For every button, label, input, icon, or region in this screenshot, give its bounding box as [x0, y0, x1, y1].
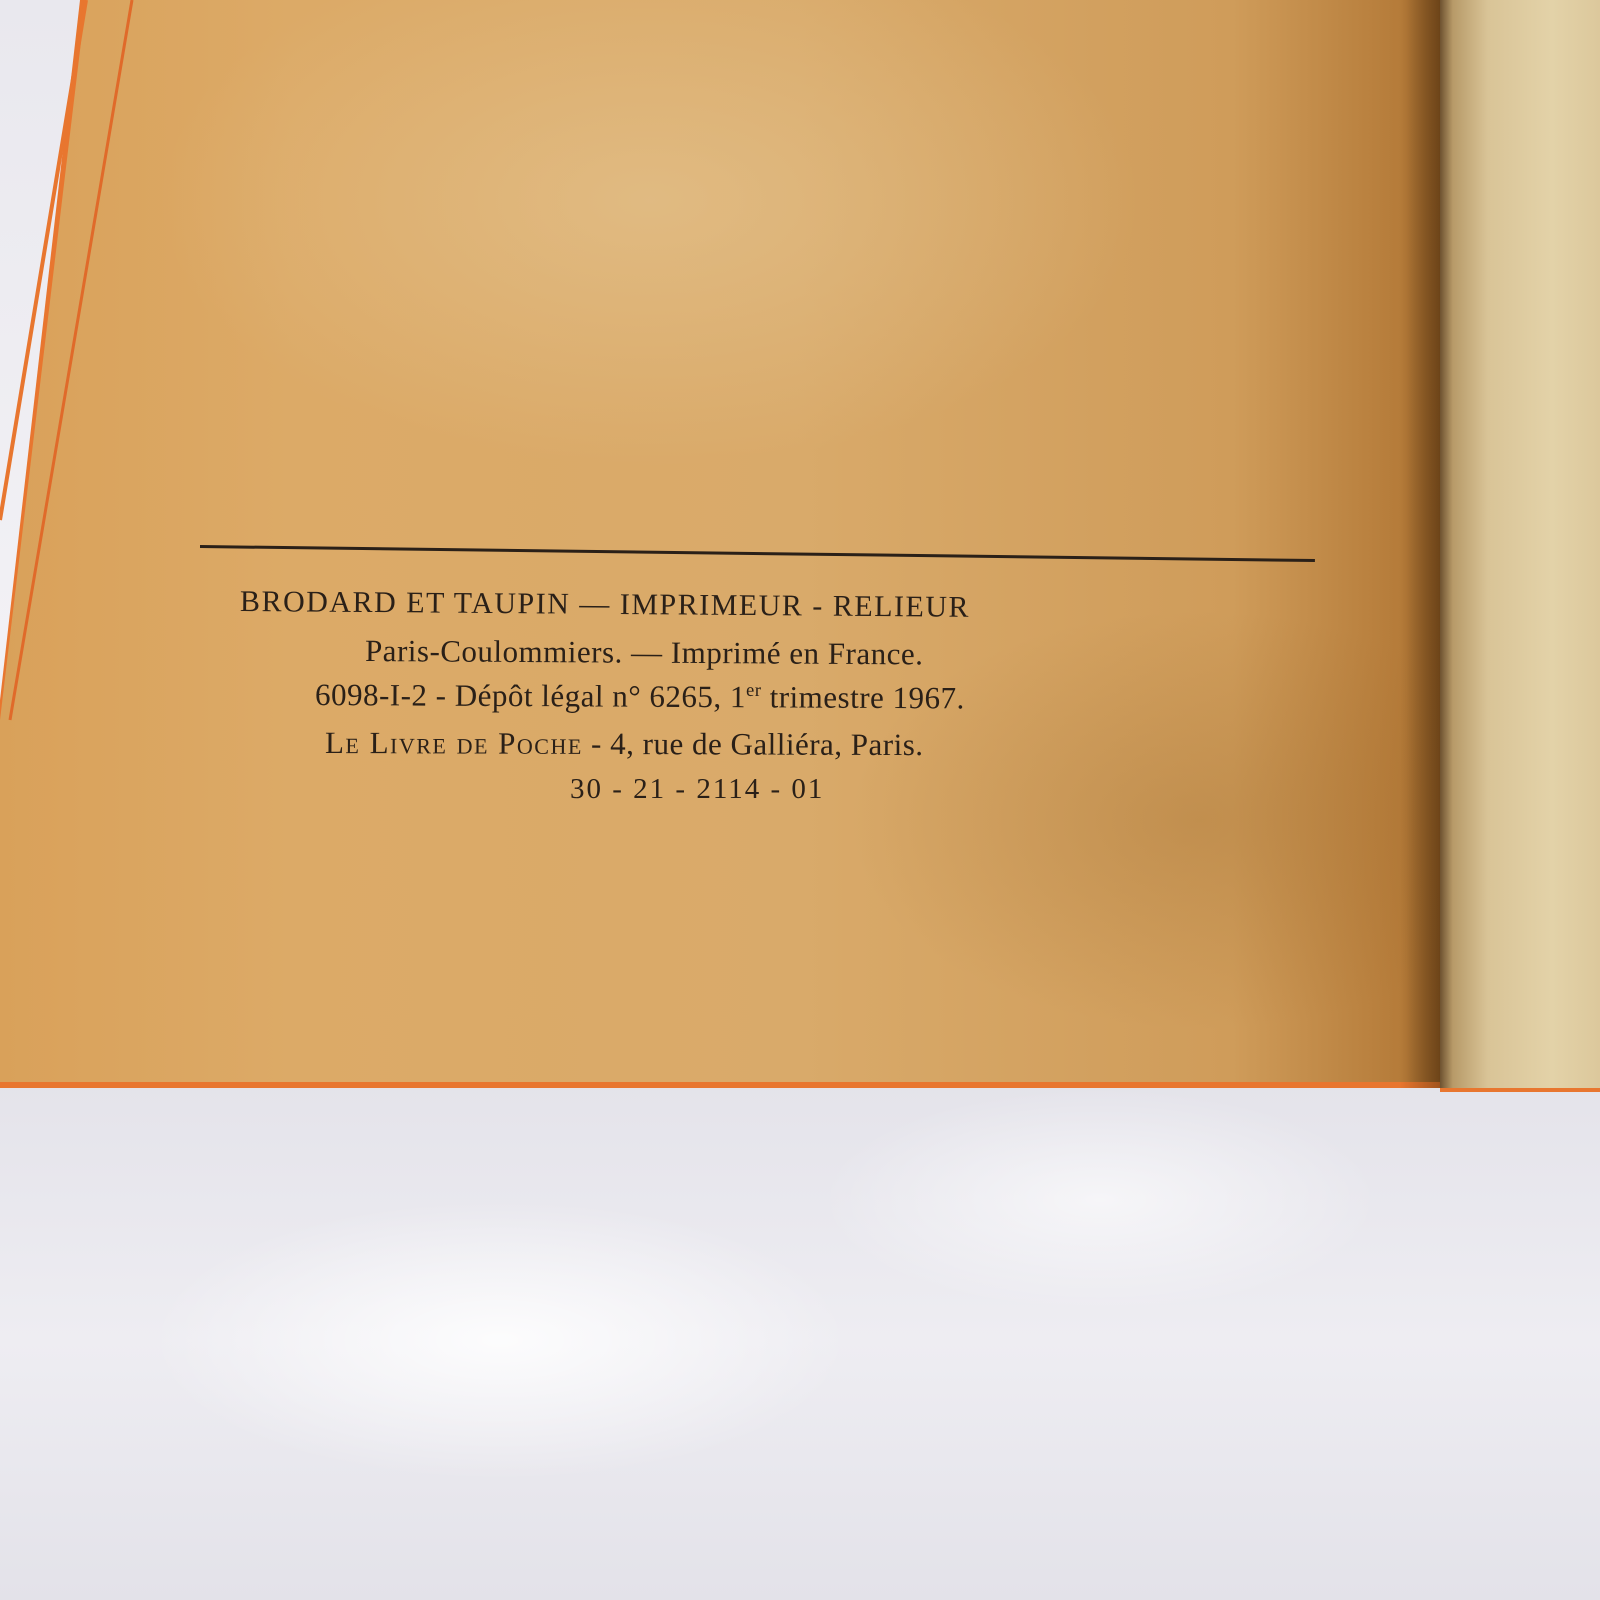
- right-page: [1440, 0, 1600, 1092]
- deposit-sup: er: [746, 680, 762, 701]
- open-book: BRODARD ET TAUPIN — IMPRIMEUR - RELIEUR …: [0, 0, 1600, 1090]
- location-line: Paris-Coulommiers. — Imprimé en France.: [365, 633, 924, 672]
- publisher-address: - 4, rue de Galliéra, Paris.: [583, 726, 924, 762]
- deposit-prefix: 6098-I-2 - Dépôt légal n° 6265, 1: [315, 677, 746, 714]
- printer-line: BRODARD ET TAUPIN — IMPRIMEUR - RELIEUR: [240, 585, 970, 625]
- deposit-line: 6098-I-2 - Dépôt légal n° 6265, 1er trim…: [315, 677, 965, 716]
- table-surface: [0, 1080, 1600, 1600]
- catalog-number: 30 - 21 - 2114 - 01: [570, 773, 824, 806]
- publisher-line: Le Livre de Poche - 4, rue de Galliéra, …: [325, 725, 924, 763]
- left-page: [0, 0, 1450, 1082]
- deposit-suffix: trimestre 1967.: [761, 679, 965, 715]
- publisher-name: Le Livre de Poche: [325, 725, 583, 761]
